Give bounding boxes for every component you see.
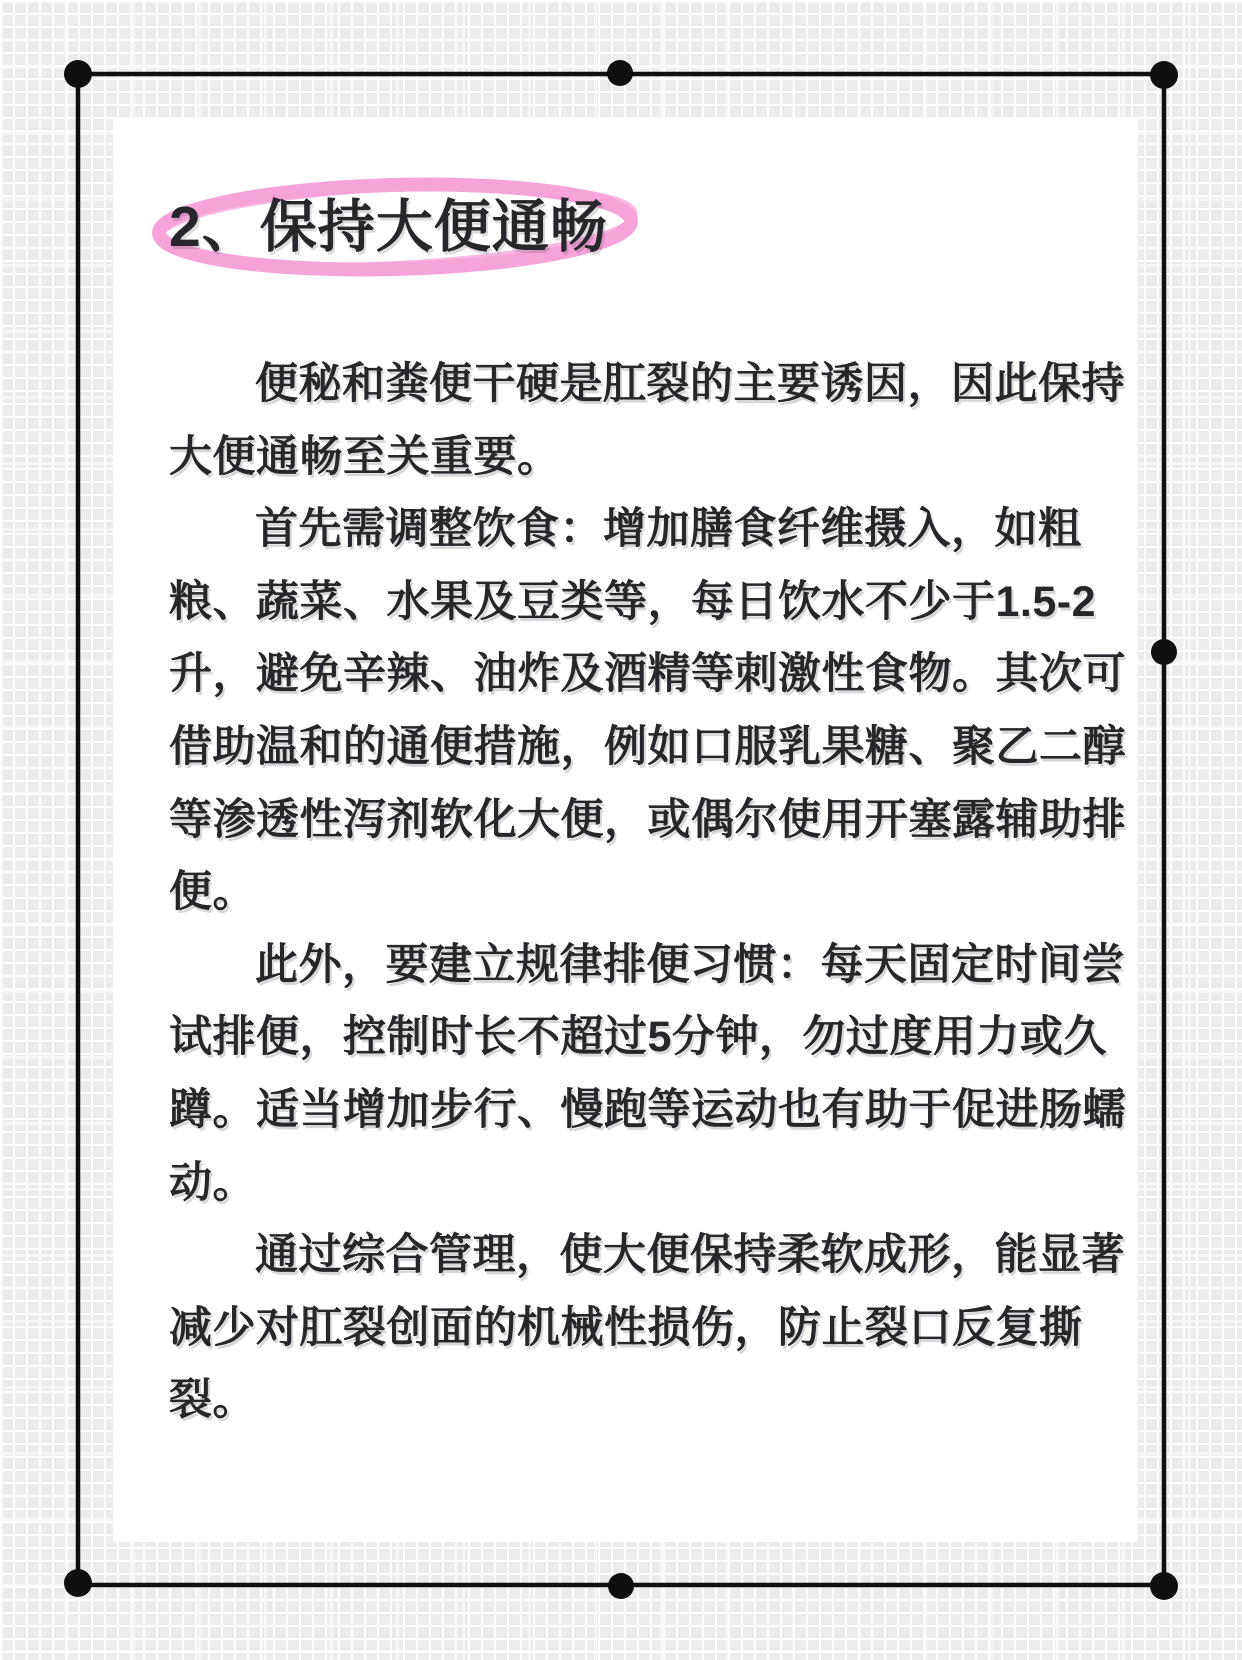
body-line: 借助温和的通便措施，例如口服乳果糖、聚乙二醇 (169, 711, 1109, 784)
frame-dot-bottom-left (64, 1569, 92, 1597)
body-line: 裂。 (169, 1364, 1109, 1437)
body-text: 便秘和粪便干硬是肛裂的主要诱因，因此保持大便通畅至关重要。首先需调整饮食：增加膳… (169, 348, 1109, 1437)
body-line: 便秘和粪便干硬是肛裂的主要诱因，因此保持 (169, 348, 1109, 421)
body-line: 便。 (169, 856, 1109, 929)
section-title-block: 2、保持大便通畅 (149, 177, 641, 277)
poster-canvas: 2、保持大便通畅 便秘和粪便干硬是肛裂的主要诱因，因此保持大便通畅至关重要。首先… (0, 0, 1242, 1660)
frame-dot-right-middle (1151, 639, 1177, 665)
content-card: 2、保持大便通畅 便秘和粪便干硬是肛裂的主要诱因，因此保持大便通畅至关重要。首先… (113, 117, 1138, 1542)
frame-dot-top-right (1150, 61, 1178, 89)
body-line: 试排便，控制时长不超过5分钟，勿过度用力或久 (169, 1001, 1109, 1074)
body-line: 此外，要建立规律排便习惯：每天固定时间尝 (169, 929, 1109, 1002)
section-title: 2、保持大便通畅 (149, 177, 641, 277)
frame-dot-top-left (64, 60, 92, 88)
body-line: 动。 (169, 1147, 1109, 1220)
body-line: 大便通畅至关重要。 (169, 421, 1109, 494)
frame-dot-top-center (607, 60, 633, 86)
body-line: 减少对肛裂创面的机械性损伤，防止裂口反复撕 (169, 1292, 1109, 1365)
body-line: 粮、蔬菜、水果及豆类等，每日饮水不少于1.5-2 (169, 566, 1109, 639)
body-line: 等渗透性泻剂软化大便，或偶尔使用开塞露辅助排 (169, 784, 1109, 857)
frame-dot-bottom-center (608, 1573, 634, 1599)
body-line: 通过综合管理，使大便保持柔软成形，能显著 (169, 1219, 1109, 1292)
body-line: 首先需调整饮食：增加膳食纤维摄入，如粗 (169, 493, 1109, 566)
body-line: 升，避免辛辣、油炸及酒精等刺激性食物。其次可 (169, 638, 1109, 711)
frame-dot-bottom-right (1150, 1572, 1178, 1600)
body-line: 蹲。适当增加步行、慢跑等运动也有助于促进肠蠕 (169, 1074, 1109, 1147)
